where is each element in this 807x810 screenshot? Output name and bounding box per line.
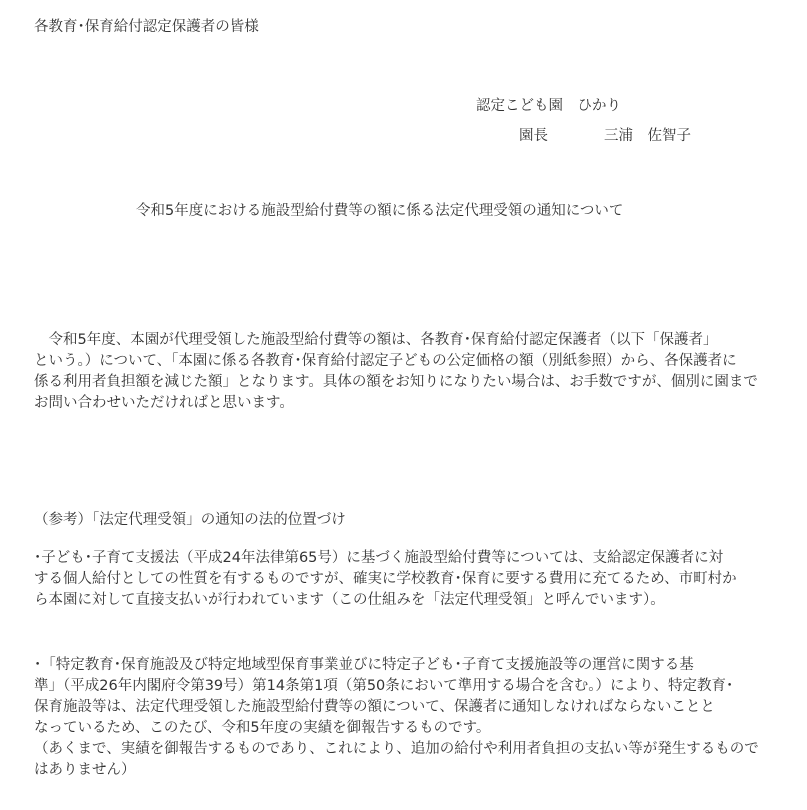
reference-line: ･「特定教育･保育施設及び特定地域型保育事業並びに特定子ども･子育て支援施設等の… [34, 655, 794, 676]
body-line: という。）について、「本園に係る各教育･保育給付認定子どもの公定価格の額（別紙参… [34, 351, 794, 372]
subject-title: 令和5年度における施設型給付費等の額に係る法定代理受領の通知について [136, 201, 623, 222]
addressee: 各教育･保育給付認定保護者の皆様 [34, 17, 259, 38]
body-paragraph: 令和5年度、本園が代理受領した施設型給付費等の額は、各教育･保育給付認定保護者（… [34, 330, 794, 414]
reference-item-1: ･子ども･子育て支援法（平成24年法律第65号）に基づく施設型給付費等については… [34, 548, 794, 611]
reference-line: はありません） [34, 760, 794, 781]
reference-line: する個人給付としての性質を有するものですが、確実に学校教育･保育に要する費用に充… [34, 569, 794, 590]
body-line: 係る利用者負担額を減じた額」となります。具体の額をお知りになりたい場合は、お手数… [34, 372, 794, 393]
reference-line: ･子ども･子育て支援法（平成24年法律第65号）に基づく施設型給付費等については… [34, 548, 794, 569]
body-line: 令和5年度、本園が代理受領した施設型給付費等の額は、各教育･保育給付認定保護者（… [34, 330, 794, 351]
reference-line: なっているため、このたび、令和5年度の実績を御報告するものです。 [34, 718, 794, 739]
reference-line: 保育施設等は、法定代理受領した施設型給付費等の額について、保護者に通知しなければ… [34, 697, 794, 718]
sender-organization: 認定こども園 ひかり [476, 96, 621, 117]
sender-name: 三浦 佐智子 [604, 126, 691, 147]
reference-heading: （参考）「法定代理受領」の通知の法的位置づけ [34, 510, 346, 531]
sender-title: 園長 [519, 126, 548, 147]
reference-line: （あくまで、実績を御報告するものであり、これにより、追加の給付や利用者負担の支払… [34, 739, 794, 760]
reference-line: 準」（平成26年内閣府令第39号）第14条第1項（第50条において準用する場合を… [34, 676, 794, 697]
body-line: お問い合わせいただければと思います。 [34, 393, 794, 414]
reference-item-2: ･「特定教育･保育施設及び特定地域型保育事業並びに特定子ども･子育て支援施設等の… [34, 655, 794, 781]
reference-line: ら本園に対して直接支払いが行われています（この仕組みを「法定代理受領」と呼んでい… [34, 590, 794, 611]
